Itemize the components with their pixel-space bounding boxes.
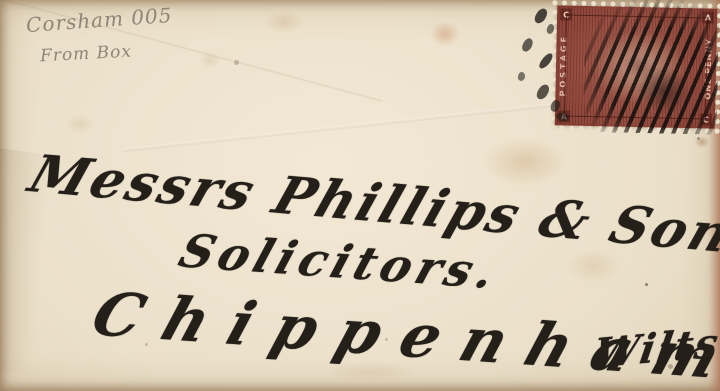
- cancel-blot: [546, 23, 556, 35]
- foxing-stain: [424, 16, 466, 52]
- cancel-blot: [537, 52, 555, 71]
- penny-red-stamp: POSTAGE ONE PENNY C A A C: [555, 5, 717, 128]
- cancel-blot: [520, 37, 535, 54]
- cancel-blot: [532, 7, 549, 26]
- dirt-specks: [645, 283, 648, 286]
- envelope-scan: Corsham 005 From Box Messrs Phillips & S…: [0, 0, 720, 391]
- stamp-postage-text: POSTAGE: [558, 21, 569, 109]
- foxing-stain: [58, 110, 102, 138]
- cancel-blot: [517, 71, 526, 82]
- foxing-stain: [692, 134, 712, 150]
- stamp-corner-letter-top-left: C: [560, 8, 572, 20]
- foxing-stain: [194, 48, 226, 72]
- pencil-note-from-box: From Box: [40, 42, 133, 67]
- pencil-note-corsham: Corsham 005: [25, 3, 173, 37]
- foxing-stain: [256, 6, 312, 38]
- cancel-blot: [534, 83, 551, 102]
